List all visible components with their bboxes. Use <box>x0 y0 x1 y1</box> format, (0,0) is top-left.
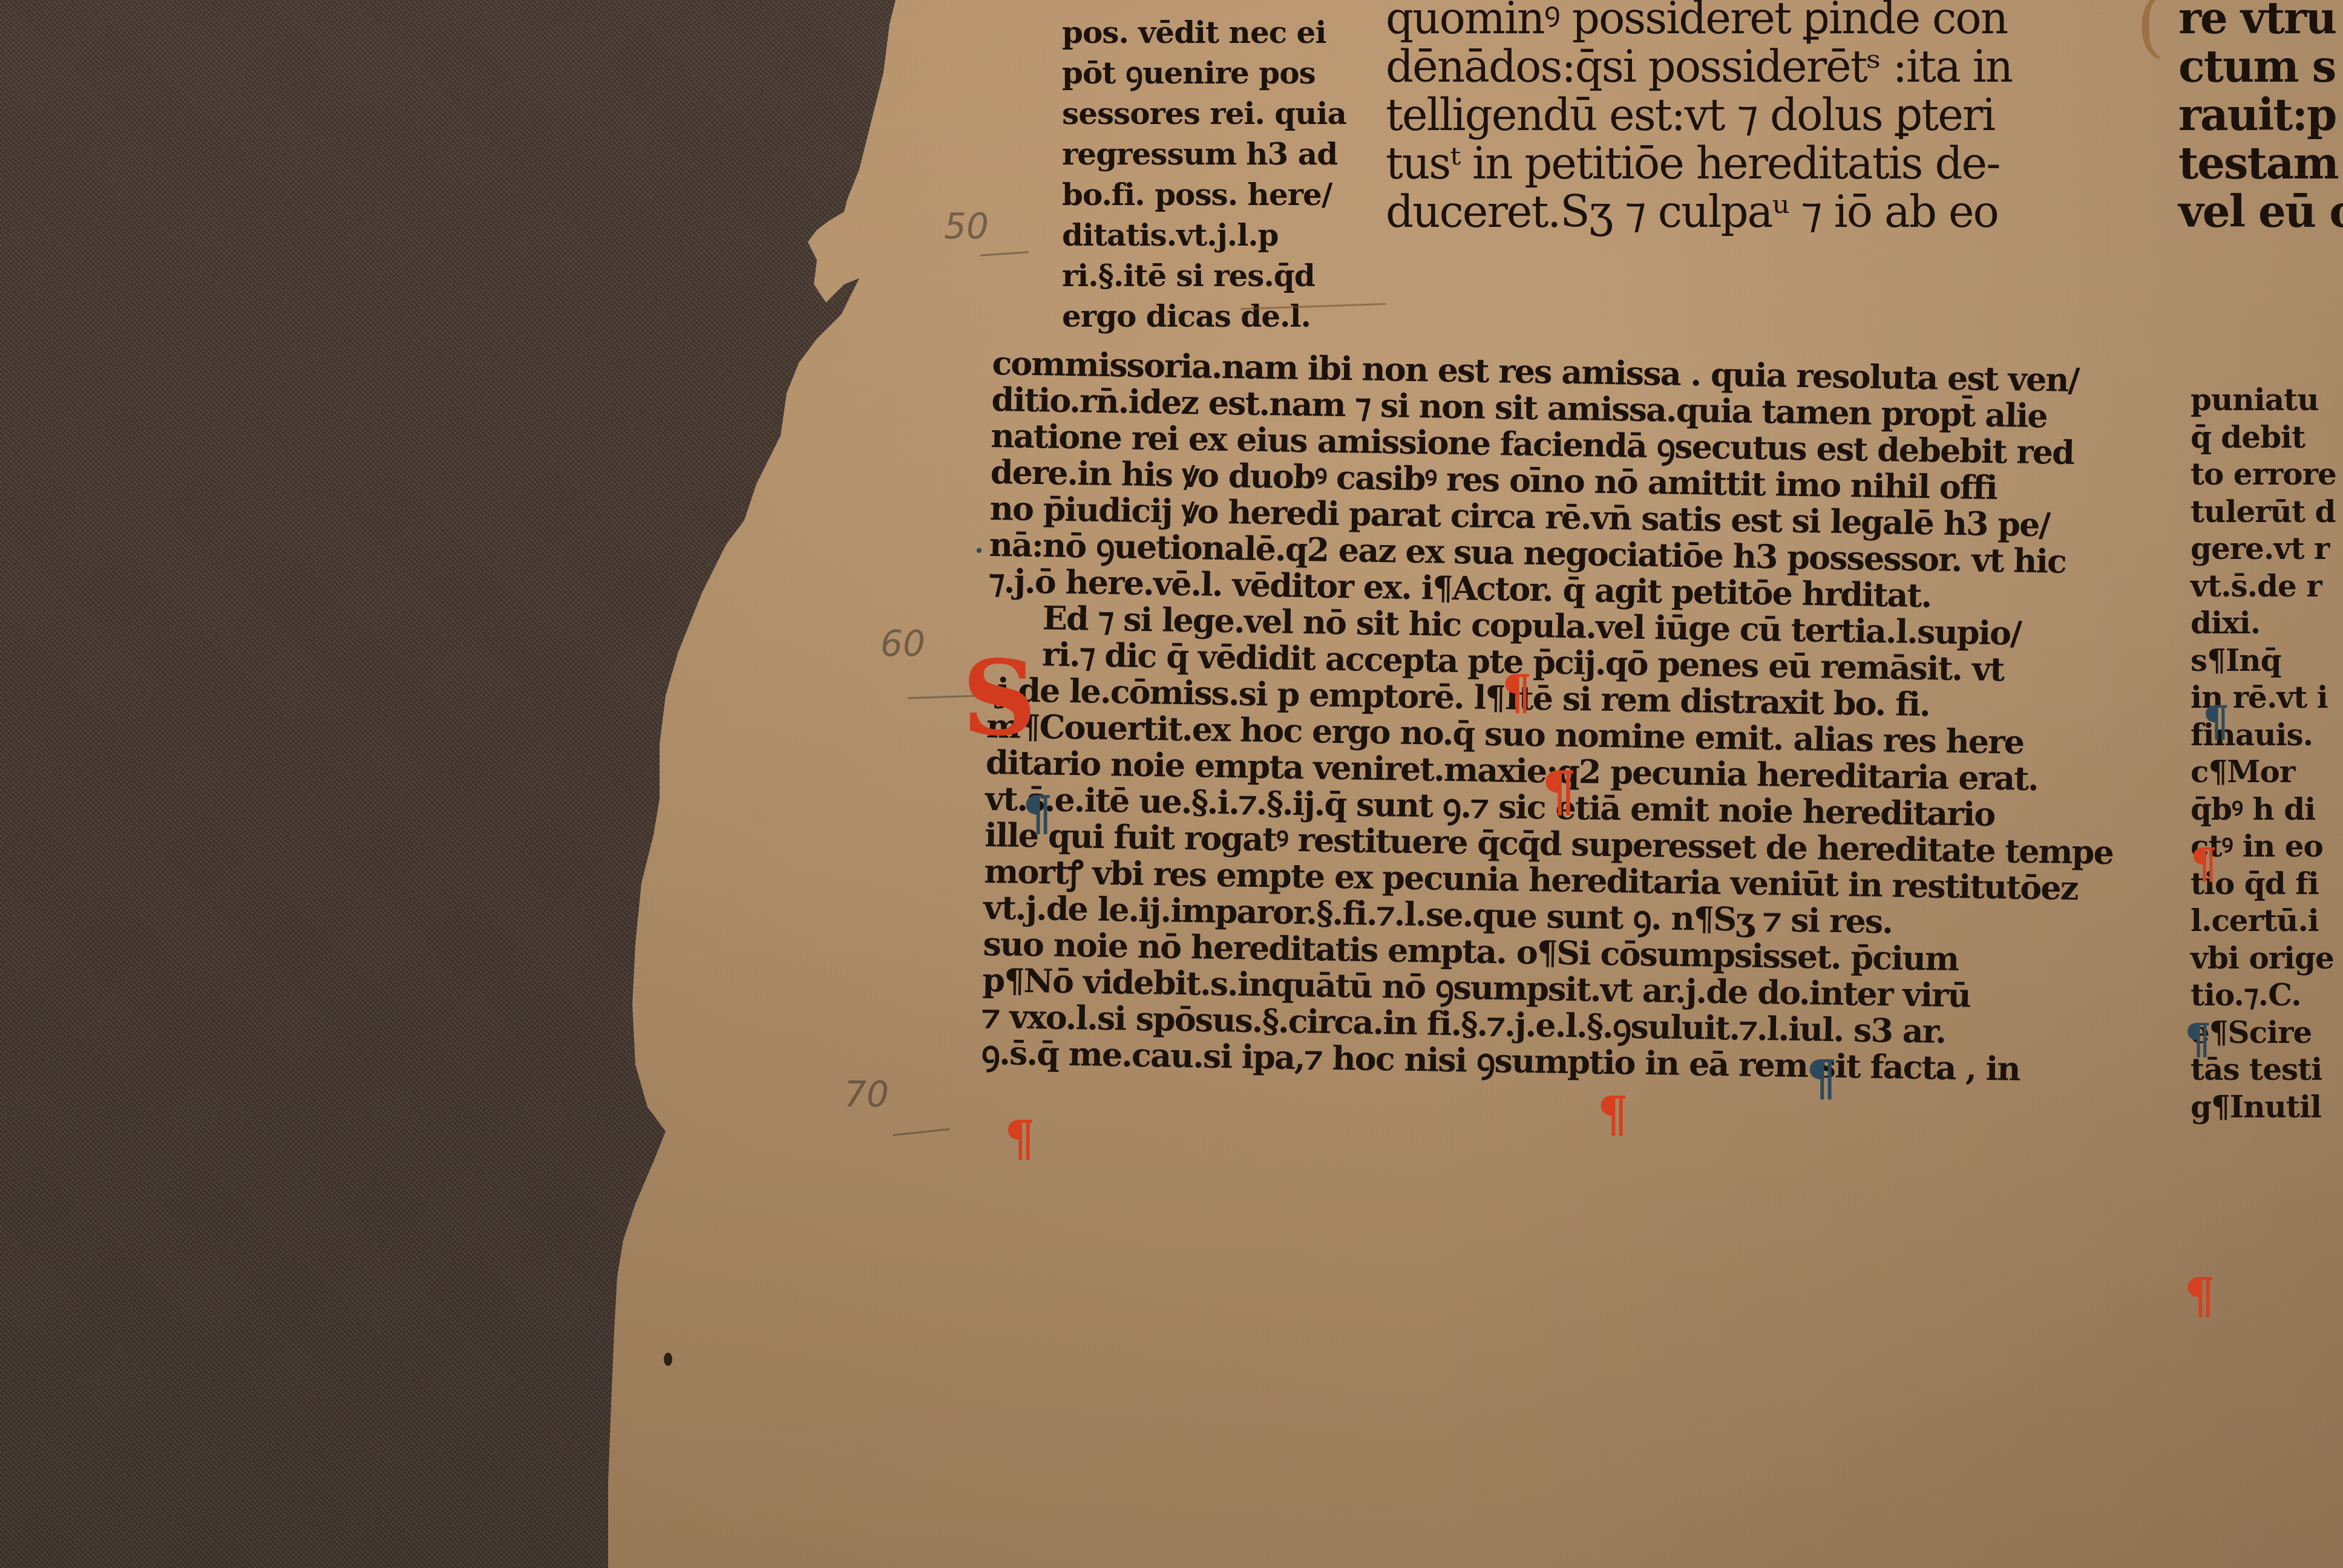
paper-spot <box>664 1353 672 1366</box>
red-paragraph-mark-icon: ¶ <box>1597 1086 1628 1143</box>
right-gloss-line: dixi. <box>2191 604 2336 642</box>
pencil-line-number-50: 50 <box>944 206 989 247</box>
main-text-top-column: quominꝰ possideret ꝑinde con dēnādos:q̄s… <box>1386 0 2012 236</box>
right-gloss-line: vt.s̄.de r <box>2191 567 2336 605</box>
right-text-line: ctum s <box>2178 42 2343 91</box>
pencil-line-number-70: 70 <box>844 1074 889 1115</box>
right-gloss-line: s¶Inq̄ <box>2191 642 2336 679</box>
right-column-top: re vtru ctum s rauit:p testam vel eū c <box>2178 0 2343 236</box>
right-gloss-line: g¶Inutil <box>2191 1088 2336 1126</box>
gloss-line: pos. vēdit nec ei <box>1062 12 1346 53</box>
blue-paragraph-mark-icon: ¶ <box>1806 1050 1837 1106</box>
gloss-line: ergo dicas de.l. <box>1062 296 1346 336</box>
gloss-main-block: commissoria.nam ibi non est res amissa .… <box>981 345 2120 1088</box>
gloss-line: ditatis.vt.j.l.p <box>1062 215 1346 255</box>
gloss-left-top-column: pos. vēdit nec ei pōt ꝯuenire pos sessor… <box>1062 12 1346 336</box>
right-gloss-line: to errore <box>2191 456 2336 493</box>
main-text-line: telligendū est:vt ⁊ dolus ꝑteri <box>1386 91 2012 139</box>
red-paragraph-mark-icon: ¶ <box>1542 759 1576 823</box>
right-text-line: rauit:p <box>2178 91 2343 139</box>
right-gloss-line: e¶Scire <box>2191 1014 2336 1051</box>
gloss-line: sessores rei. quia <box>1062 93 1346 134</box>
blue-paragraph-mark-icon: ¶ <box>1023 786 1053 841</box>
gloss-line: bo.fi. poss. here/ <box>1062 174 1346 215</box>
right-gloss-line: puniatu <box>2191 381 2336 419</box>
blue-paragraph-mark-icon: ¶ <box>2203 696 2230 746</box>
main-text-line: quominꝰ possideret ꝑinde con <box>1386 0 2012 42</box>
right-gloss-line: q̄bꝰ h di <box>2191 791 2336 828</box>
right-text-line: testam <box>2178 139 2343 188</box>
right-text-line: re vtru <box>2178 0 2343 42</box>
pencil-line-number-60: 60 <box>880 623 925 664</box>
right-gloss-line: c¶Mor <box>2191 753 2336 791</box>
right-gloss-line: vbi orige <box>2191 939 2336 977</box>
red-paragraph-mark-icon: ¶ <box>2184 1267 2215 1324</box>
right-gloss-line: q̄ debit <box>2191 419 2336 456</box>
ink-flourish-mark: ( <box>2136 0 2164 66</box>
right-text-line: vel eū c <box>2178 188 2343 236</box>
right-gloss-line: gere.vt r <box>2191 530 2336 567</box>
main-text-line: tusᵗ in petitiōe hereditatis de- <box>1386 139 2012 188</box>
right-gloss-line: tulerūt d <box>2191 493 2336 531</box>
right-gloss-column: puniatu q̄ debit to errore tulerūt d ger… <box>2191 381 2336 1125</box>
gloss-line: ri.§.itē si res.q̄d <box>1062 255 1346 296</box>
red-paragraph-mark-icon: ¶ <box>1004 1110 1035 1167</box>
gloss-line: regressum h3 ad <box>1062 134 1346 174</box>
gloss-line: pōt ꝯuenire pos <box>1062 53 1346 93</box>
right-gloss-line: tās testi <box>2191 1051 2336 1088</box>
main-text-line: duceret.Sʒ ⁊ culpaᵘ ⁊ iō ab eo <box>1386 188 2012 236</box>
right-gloss-line: l.certū.i <box>2191 902 2336 939</box>
paper-spot <box>977 548 981 553</box>
red-initial-s: S <box>962 647 1037 750</box>
main-text-line: dēnādos:q̄si possiderētˢ :ita in <box>1386 42 2012 91</box>
blue-paragraph-mark-icon: ¶ <box>2184 1013 2212 1063</box>
right-gloss-line: tio.⁊.C. <box>2191 976 2336 1014</box>
red-paragraph-mark-icon: ¶ <box>2191 838 2218 888</box>
red-paragraph-mark-icon: ¶ <box>1502 665 1532 720</box>
